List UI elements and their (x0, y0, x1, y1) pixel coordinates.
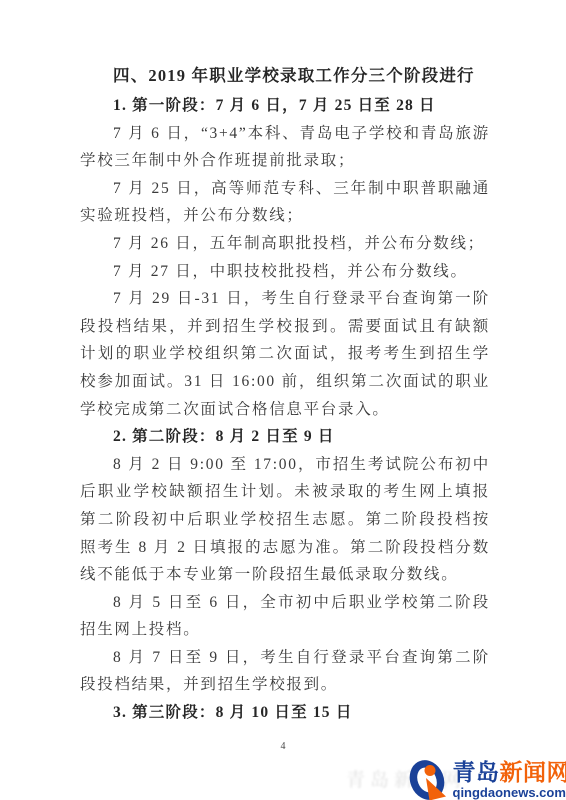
stage1-subheading: 1. 第一阶段：7 月 6 日，7 月 25 日至 28 日 (80, 92, 490, 120)
logo-brand-blue: 青岛 (453, 759, 500, 785)
paragraph-aug7-9: 8 月 7 日至 9 日，考生自行登录平台查询第二阶段投档结果，并到招生学校报到… (80, 644, 490, 699)
paragraph-jul27: 7 月 27 日，中职技校批投档，并公布分数线。 (80, 258, 490, 286)
stage3-subheading: 3. 第三阶段：8 月 10 日至 15 日 (80, 699, 490, 727)
q-logo-icon (406, 759, 452, 800)
page-number: 4 (0, 741, 566, 752)
paragraph-aug2: 8 月 2 日 9:00 至 17:00，市招生考试院公布初中后职业学校缺额招生… (80, 451, 490, 589)
logo-brand-name: 青岛新闻网 (453, 761, 566, 784)
paragraph-jul6: 7 月 6 日，“3+4”本科、青岛电子学校和青岛旅游学校三年制中外合作班提前批… (80, 120, 490, 175)
paragraph-jul25: 7 月 25 日，高等师范专科、三年制中职普职融通实验班投档，并公布分数线； (80, 175, 490, 230)
logo-domain: qingdaonews.com (453, 786, 566, 799)
stage2-subheading: 2. 第二阶段：8 月 2 日至 9 日 (80, 423, 490, 451)
paragraph-jul29-31: 7 月 29 日-31 日，考生自行登录平台查询第一阶段投档结果，并到招生学校报… (80, 285, 490, 423)
document-body: 四、2019 年职业学校录取工作分三个阶段进行 1. 第一阶段：7 月 6 日，… (80, 62, 490, 727)
logo-brand-orange: 新闻网 (500, 759, 566, 785)
section-heading: 四、2019 年职业学校录取工作分三个阶段进行 (80, 62, 490, 90)
paragraph-jul26: 7 月 26 日，五年制高职批投档，并公布分数线； (80, 230, 490, 258)
logo-text-block: 青岛新闻网 qingdaonews.com (453, 761, 566, 799)
document-page: 四、2019 年职业学校录取工作分三个阶段进行 1. 第一阶段：7 月 6 日，… (0, 0, 566, 800)
qingdaonews-logo: 青岛新闻网 qingdaonews.com (406, 759, 566, 800)
paragraph-aug5-6: 8 月 5 日至 6 日，全市初中后职业学校第二阶段招生网上投档。 (80, 589, 490, 644)
